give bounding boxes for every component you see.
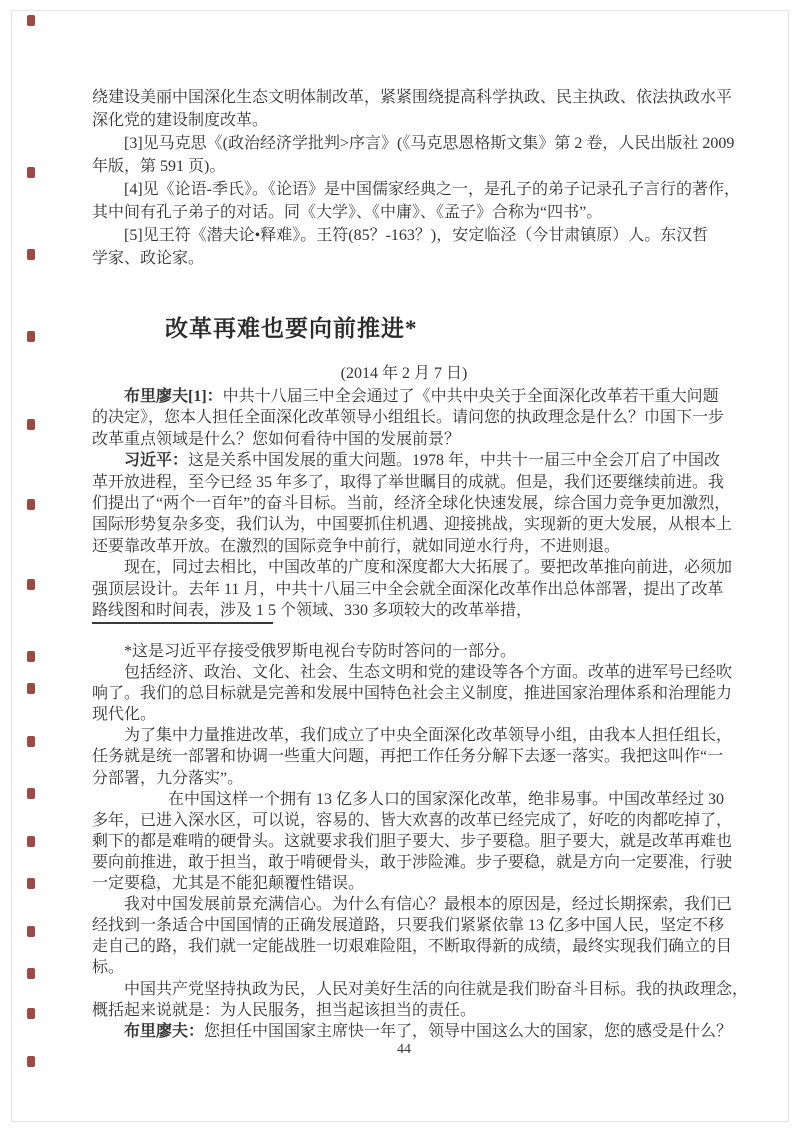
document-page: 绕建设美丽中国深化生态文明体制改革，紧紧围绕提高科学执政、民主执政、依法执政水平… bbox=[0, 0, 800, 1131]
text-line: 革开放进程，至今已经 35 年多了，取得了举世瞩目的成就。但是，我们还要继续前进… bbox=[92, 472, 716, 493]
text-line: 布里廖夫：您担任中国国家主席快一年了，领导中国这么大的国家，您的感受是什么？ bbox=[92, 1021, 716, 1042]
margin-marks bbox=[0, 0, 46, 1131]
text-line: 学家、政论家。 bbox=[92, 247, 716, 270]
text-line: 强顶层设计。去年 11 月，中共十八届三中全会就全面深化改革作出总体部署，提出了… bbox=[92, 579, 716, 600]
text-line: 为了集中力量推进改革，我们成立了中央全面深化改革领导小组，由我本人担任组长， bbox=[92, 725, 716, 746]
text-line: 年版，第 591 页)。 bbox=[92, 155, 716, 178]
text-line: 我对中国发展前景充满信心。为什么有信心？最根本的原因是，经过长期探索，我们已 bbox=[92, 894, 716, 915]
text-line: 中国共产党坚持执政为民，人民对美好生活的向往就是我们盼奋斗目标。我的执政理念， bbox=[92, 979, 716, 1000]
speaker-name: 布里廖夫[1]： bbox=[124, 388, 223, 405]
text-line: [3]见马克思《(政治经济学批判>序言》(《马克思恩格斯文集》第 2 卷，人民出… bbox=[92, 132, 716, 155]
text-line: 绕建设美丽中国深化生态文明体制改革，紧紧围绕提高科学执政、民主执政、依法执政水平 bbox=[92, 86, 716, 109]
text-line: 深化党的建设制度改革。 bbox=[92, 109, 716, 132]
red-margin-mark bbox=[27, 683, 35, 694]
red-margin-mark bbox=[27, 1056, 35, 1067]
text-line: 的决定》，您本人担任全面深化改革领导小组组长。请问您的执政理念是什么？巾国下一步 bbox=[92, 407, 716, 428]
text-line: 国际形势复杂多变，我们认为，中国要抓住机遇、迎接挑战，实现新的更大发展，从根本上 bbox=[92, 514, 716, 535]
red-margin-mark bbox=[27, 331, 35, 342]
red-margin-mark bbox=[27, 836, 35, 847]
speaker-name: 习近平： bbox=[124, 452, 188, 469]
text-line: 现在，同过去相比，中国改革的广度和深度都大大拓展了。要把改革推向前进，必须加 bbox=[92, 557, 716, 578]
text-line: 布里廖夫[1]：中共十八届三中全会通过了《中共中央关于全面深化改革若干重大问题 bbox=[92, 386, 716, 407]
red-margin-mark bbox=[27, 878, 35, 889]
text-line: *这是习近平存接受俄罗斯电视台专防时答问的一部分。 bbox=[92, 641, 716, 662]
footnotes-top-block: 绕建设美丽中国深化生态文明体制改革，紧紧围绕提高科学执政、民主执政、依法执政水平… bbox=[92, 86, 716, 270]
article-title: 改革再难也要向前推进* bbox=[165, 310, 418, 343]
text-line: 们提出了“两个一百年”的奋斗目标。当前，经济全球化快速发展，综合国力竞争更加激烈… bbox=[92, 493, 716, 514]
text-line: [4]见《论语-季氏》。《论语》是中国儒家经典之一，是孔子的弟子记录孔子言行的著… bbox=[92, 178, 716, 201]
text-line: 在中国这样一个拥有 13 亿多人口的国家深化改革，绝非易事。中国改革经过 30 bbox=[92, 789, 716, 810]
red-margin-mark bbox=[27, 499, 35, 510]
text-line: 多年，已进入深水区，可以说，容易的、皆大欢喜的改革已经完成了，好吃的肉都吃掉了， bbox=[92, 810, 716, 831]
text-line: 分部署，九分落实”。 bbox=[92, 768, 716, 789]
text-line: 概括起来说就是：为人民服务，担当起该担当的责任。 bbox=[92, 1000, 716, 1021]
text-line: 路线图和时间表，涉及 1 5 个领域、330 多项较大的改革举措， bbox=[92, 600, 716, 621]
text-line: 包括经济、政治、文化、社会、生态文明和党的建设等各个方面。改革的进军号已经吹 bbox=[92, 662, 716, 683]
text-line: 现代化。 bbox=[92, 704, 716, 725]
red-margin-mark bbox=[27, 249, 35, 260]
red-margin-mark bbox=[27, 736, 35, 747]
text-line: 经找到一条适合中国国情的正确发展道路，只要我们紧紧依靠 13 亿多中国人民，坚定… bbox=[92, 915, 716, 936]
article-date: (2014 年 2 月 7 日) bbox=[92, 360, 716, 383]
text-line: 其中间有孔子弟子的对话。同《大学》、《中庸》、《孟子》合称为“四书”。 bbox=[92, 201, 716, 224]
red-margin-mark bbox=[27, 651, 35, 662]
footnote-separator bbox=[92, 622, 273, 624]
text-line: 任务就是统一部署和协调一些重大问题，再把工作任务分解下去逐一落实。我把这叫作“一 bbox=[92, 746, 716, 767]
red-margin-mark bbox=[27, 788, 35, 799]
text-line: 还要靠改革开放。在激烈的国际竞争中前行，就如同逆水行舟，不进则退。 bbox=[92, 536, 716, 557]
footnote-and-continuation-block: *这是习近平存接受俄罗斯电视台专防时答问的一部分。包括经济、政治、文化、社会、生… bbox=[92, 641, 716, 1042]
red-margin-mark bbox=[27, 15, 35, 26]
red-margin-mark bbox=[27, 579, 35, 590]
text-line: 要向前推进，敢于担当，敢于啃硬骨头，敢于涉险滩。步子要稳，就是方向一定要准，行驶 bbox=[92, 852, 716, 873]
red-margin-mark bbox=[27, 167, 35, 178]
text-line: 改革重点领域是什么？您如何看待中国的发展前景？ bbox=[92, 429, 716, 450]
red-margin-mark bbox=[27, 926, 35, 937]
red-margin-mark bbox=[27, 419, 35, 430]
article-body-block: 布里廖夫[1]：中共十八届三中全会通过了《中共中央关于全面深化改革若干重大问题的… bbox=[92, 386, 716, 621]
speaker-name: 布里廖夫： bbox=[124, 1023, 204, 1040]
text-line: 习近平：这是关系中国发展的重大问题。1978 年，中共十一届三中全会丌启了中国改 bbox=[92, 450, 716, 471]
text-line: 一定要稳，尤其是不能犯颠覆性错误。 bbox=[92, 873, 716, 894]
red-margin-mark bbox=[27, 968, 35, 979]
page-number: 44 bbox=[92, 1042, 716, 1058]
text-line: [5]见王符《潜夫论•释难》。王符(85？-163？)，安定临泾（今甘肃镇原）人… bbox=[92, 224, 716, 247]
text-line: 响了。我们的总目标就是完善和发展中国特色社会主义制度，推进国家治理体系和治理能力 bbox=[92, 683, 716, 704]
red-margin-mark bbox=[27, 1008, 35, 1019]
text-line: 标。 bbox=[92, 957, 716, 978]
text-line: 走自己的路，我们就一定能战胜一切艰难险阻，不断取得新的成绩，最终实现我们确立的目 bbox=[92, 936, 716, 957]
text-line: 剩下的都是难啃的硬骨头。这就要求我们胆子要大、步子要稳。胆子要大，就是改革再难也 bbox=[92, 831, 716, 852]
